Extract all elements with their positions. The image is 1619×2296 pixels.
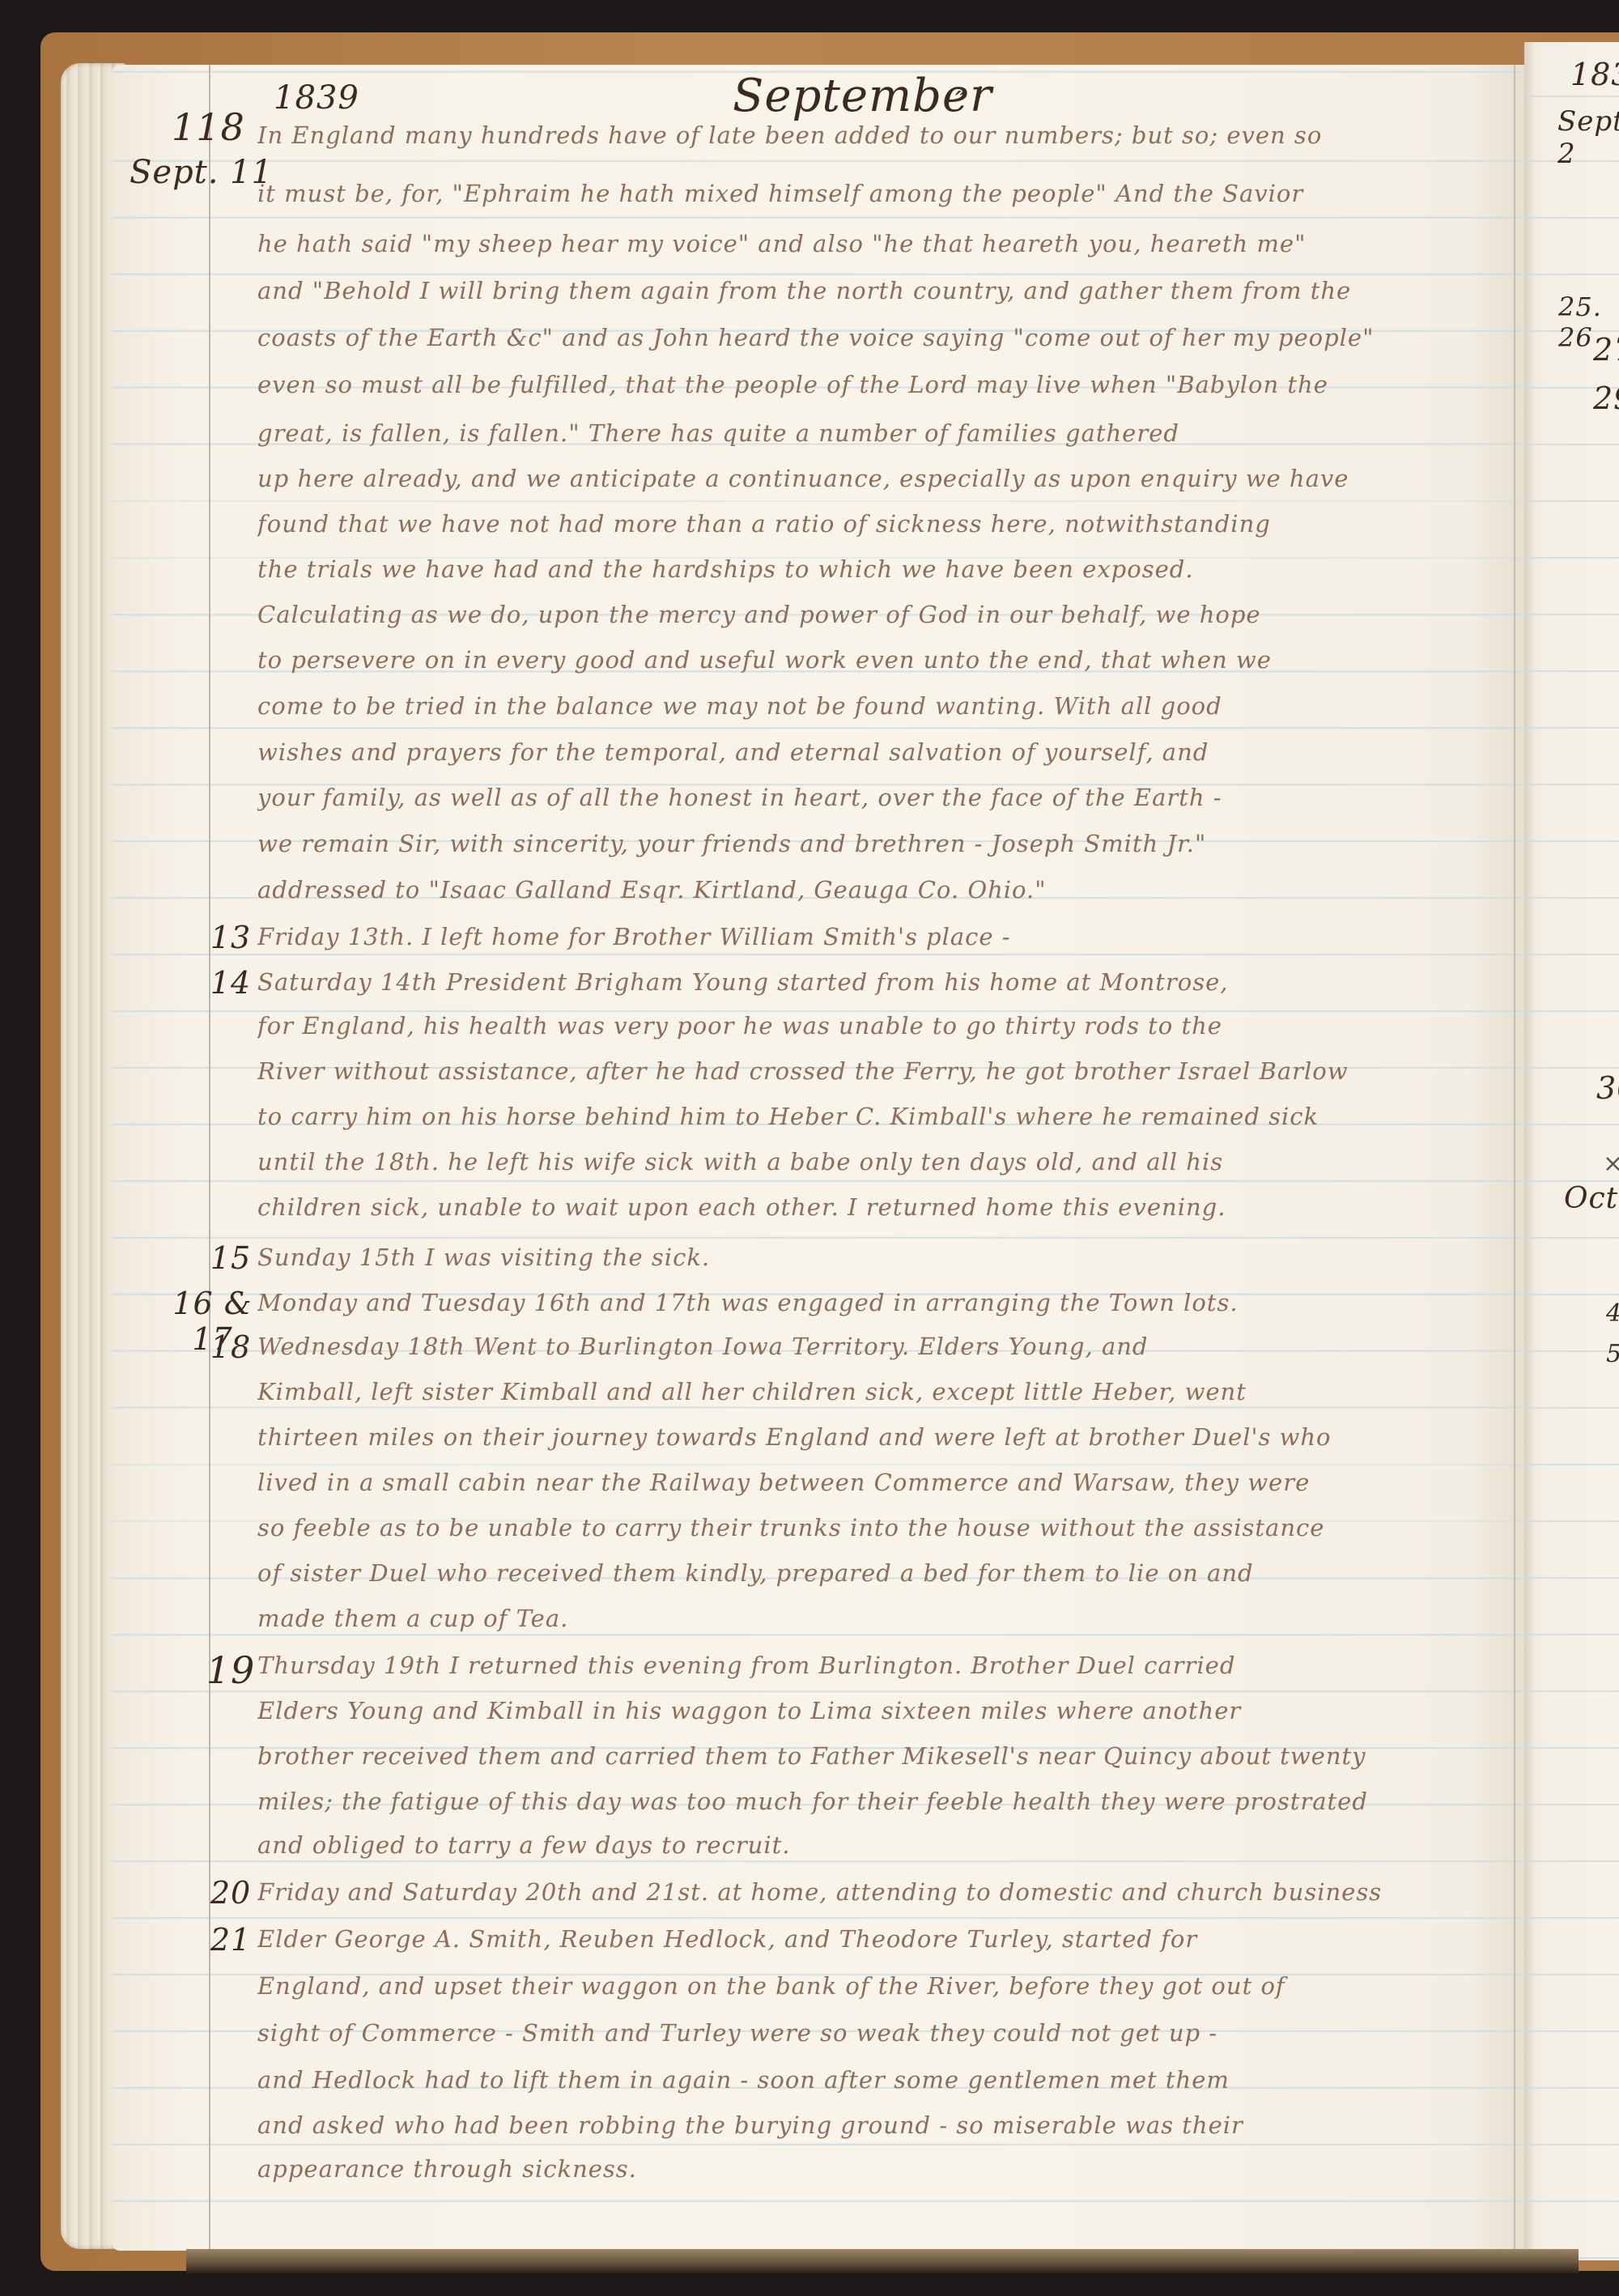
text-line: coasts of the Earth &c" and as John hear… (257, 324, 1520, 372)
margin-date: 19 (202, 1648, 259, 1692)
text-line: great, is fallen, is fallen." There has … (257, 419, 1520, 468)
text-line: and "Behold I will bring them again from… (257, 277, 1520, 325)
margin-date: 14 (202, 965, 259, 1001)
text-line: Kimball, left sister Kimball and all her… (257, 1378, 1520, 1426)
text-line: of sister Duel who received them kindly,… (257, 1559, 1520, 1608)
text-line: addressed to "Isaac Galland Esqr. Kirtla… (257, 876, 1520, 925)
text-line: Elder George A. Smith, Reuben Hedlock, a… (257, 1925, 1520, 1974)
next-page-month: Oct. (1564, 1182, 1619, 1215)
text-line: Friday and Saturday 20th and 21st. at ho… (257, 1878, 1520, 1927)
text-line: so feeble as to be unable to carry their… (257, 1514, 1520, 1563)
text-line: Monday and Tuesday 16th and 17th was eng… (257, 1289, 1520, 1337)
text-line: Thursday 19th I returned this evening fr… (257, 1652, 1520, 1700)
text-line: children sick, unable to wait upon each … (257, 1193, 1520, 1242)
next-page-date: 27 (1593, 332, 1619, 368)
text-line: come to be tried in the balance we may n… (257, 692, 1520, 741)
text-line: he hath said "my sheep hear my voice" an… (257, 230, 1520, 278)
text-line: appearance through sickness. (257, 2155, 1520, 2204)
text-line: and Hedlock had to lift them in again - … (257, 2066, 1520, 2115)
text-line: found that we have not had more than a r… (257, 510, 1520, 559)
next-page-year: 1839 (1570, 57, 1619, 92)
text-line: for England, his health was very poor he… (257, 1012, 1520, 1061)
text-line: Elders Young and Kimball in his waggon t… (257, 1697, 1520, 1745)
margin-date: 20 (202, 1875, 259, 1911)
text-line: up here already, and we anticipate a con… (257, 465, 1520, 513)
entry-date: Sept. 11 (130, 154, 273, 191)
next-page-mark: × (1603, 1150, 1619, 1178)
text-line: until the 18th. he left his wife sick wi… (257, 1148, 1520, 1197)
text-line: it must be, for, "Ephraim he hath mixed … (257, 180, 1520, 228)
text-line: miles; the fatigue of this day was too m… (257, 1788, 1520, 1836)
text-line: to persevere on in every good and useful… (257, 646, 1520, 695)
text-line: Calculating as we do, upon the mercy and… (257, 601, 1520, 649)
text-line: your family, as well as of all the hones… (257, 784, 1520, 832)
text-line: to carry him on his horse behind him to … (257, 1103, 1520, 1151)
margin-date: 18 (202, 1329, 259, 1365)
text-line: we remain Sir, with sincerity, your frie… (257, 830, 1520, 878)
book-bottom-edge (186, 2249, 1579, 2273)
ink-mark: ˶ : (955, 73, 985, 105)
text-line: the trials we have had and the hardships… (257, 555, 1520, 604)
text-line: In England many hundreds have of late be… (257, 121, 1520, 170)
text-line: Wednesday 18th Went to Burlington Iowa T… (257, 1333, 1520, 1381)
text-line: Saturday 14th President Brigham Young st… (257, 968, 1520, 1017)
margin-date: 21 (202, 1922, 259, 1958)
text-line: Friday 13th. I left home for Brother Wil… (257, 923, 1520, 972)
header-month: September (733, 70, 992, 122)
margin-date: 15 (202, 1240, 259, 1276)
text-line: and obliged to tarry a few days to recru… (257, 1831, 1520, 1880)
text-line: even so must all be fulfilled, that the … (257, 371, 1520, 419)
text-line: and asked who had been robbing the buryi… (257, 2111, 1520, 2160)
next-page-date: 4 (1606, 1299, 1619, 1328)
text-line: made them a cup of Tea. (257, 1605, 1520, 1653)
text-line: River without assistance, after he had c… (257, 1057, 1520, 1106)
header-year: 1839 (274, 79, 359, 117)
text-line: lived in a small cabin near the Railway … (257, 1469, 1520, 1517)
text-line: thirteen miles on their journey towards … (257, 1423, 1520, 1472)
text-line: England, and upset their waggon on the b… (257, 1972, 1520, 2021)
text-line: wishes and prayers for the temporal, and… (257, 738, 1520, 787)
text-line: sight of Commerce - Smith and Turley wer… (257, 2019, 1520, 2068)
text-line: brother received them and carried them t… (257, 1742, 1520, 1791)
next-page-date: 5 (1606, 1340, 1619, 1368)
text-line: Sunday 15th I was visiting the sick. (257, 1244, 1520, 1292)
next-page-date: 30 (1596, 1070, 1619, 1106)
next-page-date: 29 (1593, 381, 1619, 416)
next-page-month: Sept. 2 (1557, 105, 1619, 170)
margin-date: 13 (202, 920, 259, 955)
page-number: 118 (172, 105, 245, 149)
